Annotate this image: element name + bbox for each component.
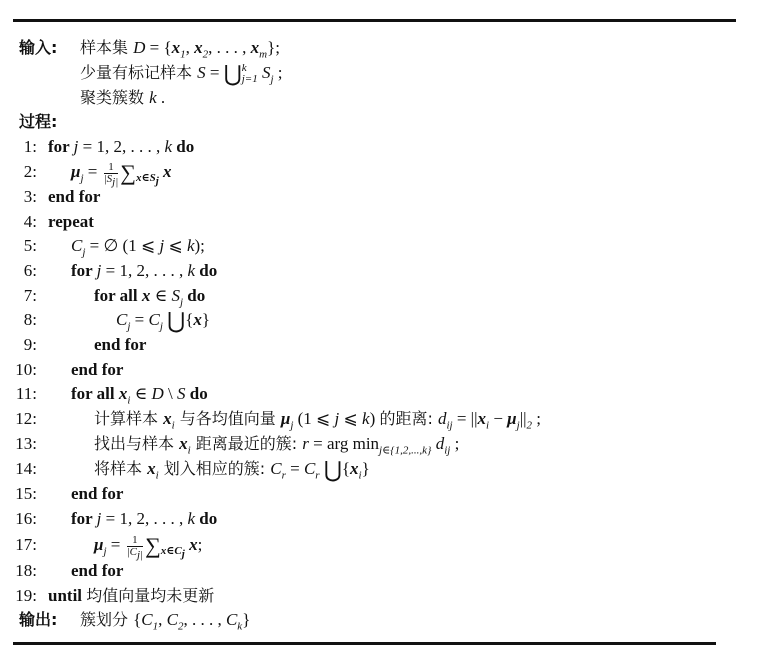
math-op: ∈ <box>150 286 171 305</box>
step-content: for all xi ∈ D \ S do <box>71 382 208 406</box>
keyword: do <box>183 286 205 305</box>
math-vector: x <box>478 409 487 428</box>
math-op: ) <box>370 409 380 428</box>
keyword: do <box>186 384 208 403</box>
step-content: μj = 1|Cj|∑x∈Cj x; <box>94 533 202 558</box>
math-op: = <box>107 535 125 554</box>
bottom-rule <box>13 642 716 645</box>
line-number: 15: <box>0 482 37 506</box>
chinese-text: 的距离: <box>379 409 437 428</box>
line-number: 2: <box>0 160 37 184</box>
math-var: D <box>152 384 164 403</box>
step-content: repeat <box>48 210 94 234</box>
step-content: for all x ∈ Sj do <box>94 284 205 308</box>
subscript: j∈{1,2,...,k} <box>379 444 431 456</box>
math-var: C <box>304 459 315 478</box>
math-op: ; <box>198 535 203 554</box>
math-op: = 1, 2, . . . , <box>78 137 164 156</box>
math-op: = arg min <box>309 434 379 453</box>
chinese-text: 样本集 <box>80 38 133 57</box>
math-op: \ <box>164 384 177 403</box>
keyword: end for <box>48 187 100 206</box>
math-var: k <box>149 88 157 107</box>
big-operator: ∑ <box>145 533 161 558</box>
math-op: = 1, 2, . . . , <box>101 509 187 528</box>
math-op: = <box>206 63 224 82</box>
keyword: end for <box>71 561 123 580</box>
math-var: k <box>187 236 195 255</box>
line-number: 16: <box>0 507 37 531</box>
math-op: = ∅ (1 ⩽ <box>85 236 159 255</box>
chinese-text: 簇划分 <box>80 610 133 629</box>
math-op: , . . . , <box>183 610 226 629</box>
step-content: end for <box>71 482 123 506</box>
step-content: 将样本 xi 划入相应的簇: Cr = Cr ⋃{xi} <box>94 457 370 481</box>
math-op: ; <box>274 63 283 82</box>
keyword: end for <box>71 360 123 379</box>
math-var: C <box>149 310 160 329</box>
fraction: 1|Cj| <box>127 535 143 558</box>
step-content: end for <box>71 559 123 583</box>
line-number: 9: <box>0 333 37 357</box>
math-vector: μ <box>507 409 516 428</box>
math-vector: x <box>159 162 172 181</box>
math-op: = 1, 2, . . . , <box>101 261 187 280</box>
math-vector: x <box>147 459 156 478</box>
big-operator: ⋃ <box>324 457 342 482</box>
keyword: until <box>48 586 86 605</box>
math-var: S <box>197 63 206 82</box>
line-number: 5: <box>0 234 37 258</box>
input-content-1: 样本集 D = {x1, x2, . . . , xm}; <box>80 36 280 60</box>
process-label: 过程: <box>19 110 57 134</box>
math-var: k <box>187 509 195 528</box>
output-content: 簇划分 {C1, C2, . . . , Ck} <box>80 608 250 632</box>
big-operator: ⋃ <box>167 308 185 333</box>
math-vector: x <box>194 38 203 57</box>
chinese-text: 找出与样本 <box>94 434 179 453</box>
math-op: , . . . , <box>208 38 251 57</box>
math-vector: x <box>163 409 172 428</box>
math-var: C <box>116 310 127 329</box>
input-content-2: 少量有标记样本 S = ⋃kj=1 Sj ; <box>80 61 283 85</box>
line-number: 11: <box>0 382 37 406</box>
math-var: k <box>362 409 370 428</box>
math-op: = <box>84 162 102 181</box>
line-number: 1: <box>0 135 37 159</box>
step-content: end for <box>71 358 123 382</box>
line-number: 10: <box>0 358 37 382</box>
keyword: do <box>172 137 194 156</box>
union-limits: kj=1 <box>242 63 258 85</box>
line-number: 3: <box>0 185 37 209</box>
line-number: 12: <box>0 407 37 431</box>
math-var: k <box>187 261 195 280</box>
step-content: Cj = ∅ (1 ⩽ j ⩽ k); <box>71 234 205 258</box>
step-content: for j = 1, 2, . . . , k do <box>48 135 194 159</box>
keyword: for all <box>71 384 119 403</box>
math-var: S <box>171 286 180 305</box>
math-op: . <box>157 88 166 107</box>
math-var: C <box>167 610 178 629</box>
math-vector: x <box>350 459 359 478</box>
line-number: 6: <box>0 259 37 283</box>
math-op: ⩽ <box>339 409 362 428</box>
math-var: k <box>164 137 172 156</box>
keyword: do <box>195 261 217 280</box>
math-op: = { <box>145 38 171 57</box>
line-number: 19: <box>0 584 37 608</box>
step-content: for j = 1, 2, . . . , k do <box>71 507 217 531</box>
step-content: 计算样本 xi 与各均值向量 μj (1 ⩽ j ⩽ k) 的距离: dij =… <box>94 407 541 431</box>
math-op: ; <box>532 409 541 428</box>
math-var: S <box>258 63 271 82</box>
sum-subscript: x∈Cj <box>161 545 185 557</box>
chinese-text: 聚类簇数 <box>80 88 149 107</box>
math-var: C <box>71 236 82 255</box>
math-var: D <box>133 38 145 57</box>
output-label: 输出: <box>19 608 57 632</box>
math-op: || <box>520 409 527 428</box>
line-number: 17: <box>0 533 37 557</box>
chinese-text: 将样本 <box>94 459 147 478</box>
math-var: C <box>270 459 281 478</box>
math-op: , <box>186 38 195 57</box>
math-op: = <box>130 310 148 329</box>
math-op: ∈ <box>130 384 151 403</box>
math-var: C <box>226 610 237 629</box>
math-vector: x <box>179 434 188 453</box>
math-vector: x <box>193 310 202 329</box>
subscript: m <box>259 48 267 60</box>
math-var: C <box>141 610 152 629</box>
input-label: 输入: <box>19 36 57 60</box>
subscript: r <box>315 469 319 481</box>
step-content: end for <box>94 333 146 357</box>
keyword: for all <box>94 286 142 305</box>
keyword: end for <box>94 335 146 354</box>
top-rule <box>13 19 736 22</box>
chinese-text: 距离最近的簇: <box>191 434 303 453</box>
math-op: ⩽ <box>164 236 187 255</box>
sum-subscript: x∈Sj <box>136 172 159 184</box>
chinese-text: 少量有标记样本 <box>80 63 197 82</box>
line-number: 14: <box>0 457 37 481</box>
math-op: = <box>286 459 304 478</box>
math-op: − <box>489 409 507 428</box>
math-vector: x <box>185 535 198 554</box>
math-op: ; <box>450 434 459 453</box>
step-content: 找出与样本 xi 距离最近的簇: r = arg minj∈{1,2,...,k… <box>94 432 459 456</box>
math-op: } <box>362 459 370 478</box>
math-op: } <box>242 610 250 629</box>
math-vector: μ <box>281 409 290 428</box>
math-var: S <box>177 384 186 403</box>
math-op: { <box>342 459 350 478</box>
line-number: 7: <box>0 284 37 308</box>
line-number: 4: <box>0 210 37 234</box>
keyword: repeat <box>48 212 94 231</box>
math-op: } <box>202 310 210 329</box>
math-vector: x <box>251 38 260 57</box>
step-content: for j = 1, 2, . . . , k do <box>71 259 217 283</box>
math-var: r <box>302 434 309 453</box>
chinese-text: 与各均值向量 <box>175 409 281 428</box>
step-content: until 均值向量均未更新 <box>48 584 214 608</box>
chinese-text: 计算样本 <box>94 409 163 428</box>
math-op: }; <box>267 38 280 57</box>
math-op: (1 ⩽ <box>293 409 334 428</box>
keyword: for <box>71 509 97 528</box>
math-var: d <box>431 434 444 453</box>
line-number: 8: <box>0 308 37 332</box>
keyword: for <box>71 261 97 280</box>
big-operator: ∑ <box>120 160 136 185</box>
keyword: do <box>195 509 217 528</box>
chinese-text: 均值向量均未更新 <box>86 586 214 605</box>
line-number: 18: <box>0 559 37 583</box>
math-vector: x <box>172 38 181 57</box>
math-op: = || <box>453 409 478 428</box>
big-operator: ⋃ <box>224 61 242 86</box>
step-content: Cj = Cj ⋃{x} <box>116 308 210 332</box>
keyword: for <box>48 137 74 156</box>
step-content: μj = 1|Sj|∑x∈Sj x <box>71 160 172 185</box>
chinese-text: 划入相应的簇: <box>159 459 271 478</box>
keyword: end for <box>71 484 123 503</box>
math-op: ); <box>195 236 205 255</box>
input-content-3: 聚类簇数 k . <box>80 86 165 110</box>
line-number: 13: <box>0 432 37 456</box>
math-op: , <box>158 610 167 629</box>
step-content: end for <box>48 185 100 209</box>
fraction: 1|Sj| <box>104 162 119 185</box>
